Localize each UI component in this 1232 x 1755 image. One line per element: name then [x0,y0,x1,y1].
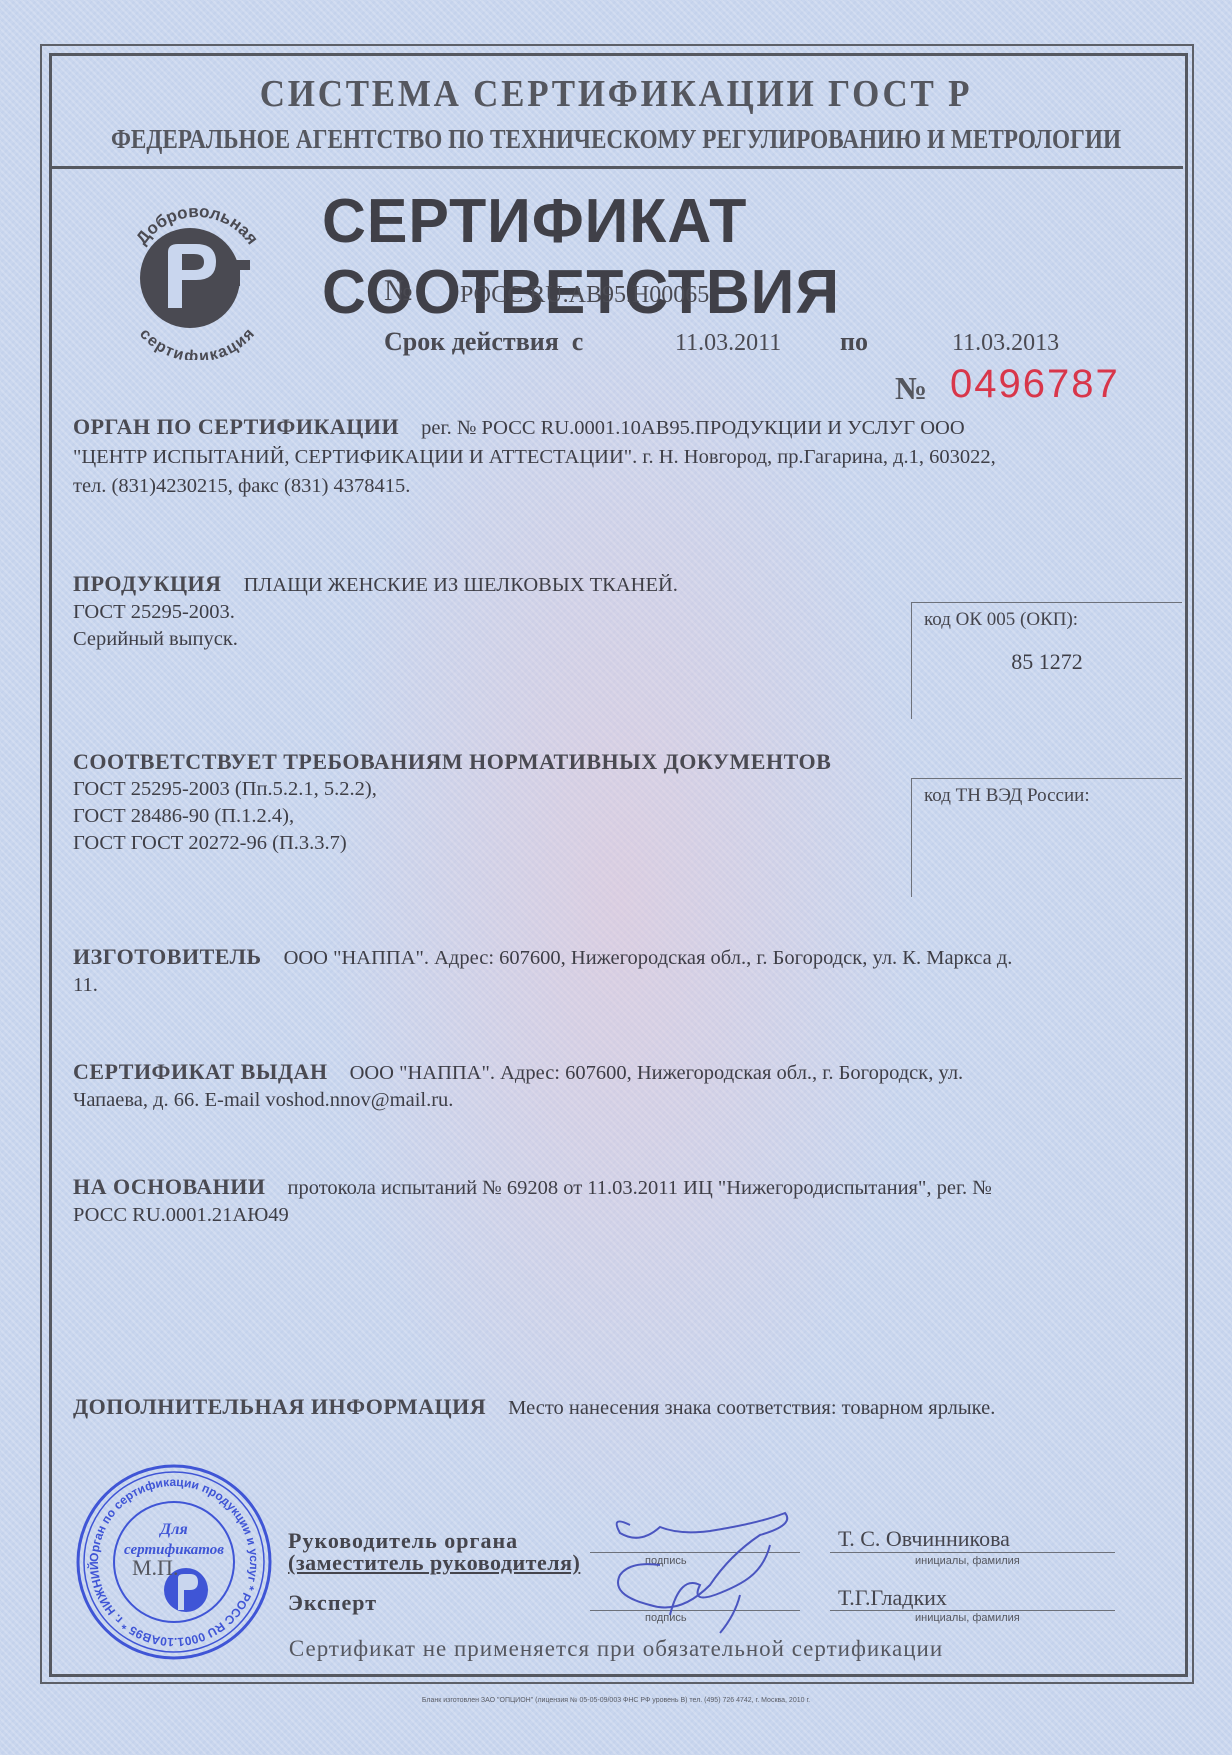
conformity-heading: СООТВЕТСТВУЕТ ТРЕБОВАНИЯМ НОРМАТИВНЫХ ДО… [73,749,831,774]
handwritten-signatures-icon [590,1505,820,1635]
head-name: Т. С. Овчинникова [838,1526,1010,1552]
product-line1: ПЛАЩИ ЖЕНСКИЕ ИЗ ШЕЛКОВЫХ ТКАНЕЙ. [244,574,678,596]
manufacturer-heading: ИЗГОТОВИТЕЛЬ [73,944,262,969]
deputy-label: (заместитель руководителя) [288,1550,580,1576]
head-name-caption: инициалы, фамилия [915,1555,1020,1567]
tnved-code-box: код ТН ВЭД России: [911,778,1182,897]
to-label: по [840,327,868,357]
serial-label: № [895,370,927,407]
valid-to-date: 11.03.2013 [952,330,1059,357]
organ-heading: ОРГАН ПО СЕРТИФИКАЦИИ [73,414,399,439]
section-additional: ДОПОЛНИТЕЛЬНАЯ ИНФОРМАЦИЯМесто нанесения… [73,1394,995,1421]
okp-code-box: код ОК 005 (ОКП): 85 1272 [911,602,1182,719]
basis-line1: протокола испытаний № 69208 от 11.03.201… [288,1177,992,1199]
stamp-place-label: М.П. [132,1555,178,1581]
svg-text:Для: Для [158,1521,187,1538]
certificate-number: РОСС RU.АВ95.Н00065 [460,282,709,309]
organ-line3: тел. (831)4230215, факс (831) 4378415. [73,474,996,499]
additional-text: Место нанесения знака соответствия: това… [508,1397,995,1419]
serial-number: 0496787 [950,362,1120,407]
valid-from-date: 11.03.2011 [675,330,781,357]
section-manufacturer: ИЗГОТОВИТЕЛЬООО "НАППА". Адрес: 607600, … [73,944,1012,998]
issued-to-heading: СЕРТИФИКАТ ВЫДАН [73,1059,328,1084]
head-name-line [830,1552,1115,1553]
normative-doc: ГОСТ 25295-2003 (Пп.5.2.1, 5.2.2), [73,777,831,802]
product-heading: ПРОДУКЦИЯ [73,571,222,596]
issued-to-line1: ООО "НАППА". Адрес: 607600, Нижегородска… [350,1062,964,1084]
agency-name: ФЕДЕРАЛЬНОЕ АГЕНТСТВО ПО ТЕХНИЧЕСКОМУ РЕ… [86,124,1146,155]
issued-to-line2: Чапаева, д. 66. E-mail voshod.nnov@mail.… [73,1088,963,1113]
basis-heading: НА ОСНОВАНИИ [73,1174,266,1199]
system-title: СИСТЕМА СЕРТИФИКАЦИИ ГОСТ Р [49,72,1182,116]
validity-label: Срок действия с [384,327,583,357]
manufacturer-line2: 11. [73,973,1012,998]
section-conformity: СООТВЕТСТВУЕТ ТРЕБОВАНИЯМ НОРМАТИВНЫХ ДО… [73,749,831,856]
printer-imprint: Бланк изготовлен ЗАО "ОПЦИОН" (лицензия … [0,1697,1232,1704]
section-basis: НА ОСНОВАНИИпротокола испытаний № 69208 … [73,1174,992,1228]
basis-line2: РОСС RU.0001.21АЮ49 [73,1203,992,1228]
expert-name-caption: инициалы, фамилия [915,1612,1020,1624]
expert-label: Эксперт [288,1590,377,1616]
section-product: ПРОДУКЦИЯПЛАЩИ ЖЕНСКИЕ ИЗ ШЕЛКОВЫХ ТКАНЕ… [73,571,678,652]
organ-line1: рег. № РОСС RU.0001.10АВ95.ПРОДУКЦИИ И У… [421,417,965,439]
rst-logo: Добровольная сертификация [112,190,282,360]
rst-mark-icon: Добровольная сертификация [112,190,282,360]
normative-doc: ГОСТ 28486-90 (П.1.2.4), [73,804,831,829]
header-divider [52,166,1183,169]
section-issued-to: СЕРТИФИКАТ ВЫДАНООО "НАППА". Адрес: 6076… [73,1059,963,1113]
product-line3: Серийный выпуск. [73,627,678,652]
expert-name-line [830,1610,1115,1611]
okp-code-value: 85 1272 [912,649,1182,675]
expert-name: Т.Г.Гладких [838,1585,947,1611]
number-label: № [384,274,413,308]
manufacturer-line1: ООО "НАППА". Адрес: 607600, Нижегородска… [284,947,1013,969]
svg-text:сертификация: сертификация [136,325,258,360]
certificate-title: СЕРТИФИКАТ СООТВЕТСТВИЯ [322,186,1214,328]
product-line2: ГОСТ 25295-2003. [73,600,678,625]
tnved-code-label: код ТН ВЭД России: [912,779,1182,807]
voluntary-note: Сертификат не применяется при обязательн… [0,1636,1232,1662]
okp-code-label: код ОК 005 (ОКП): [912,603,1182,631]
normative-doc: ГОСТ ГОСТ 20272-96 (П.3.3.7) [73,831,831,856]
additional-heading: ДОПОЛНИТЕЛЬНАЯ ИНФОРМАЦИЯ [73,1394,486,1419]
section-organ: ОРГАН ПО СЕРТИФИКАЦИИрег. № РОСС RU.0001… [73,414,996,499]
organ-line2: "ЦЕНТР ИСПЫТАНИЙ, СЕРТИФИКАЦИИ И АТТЕСТА… [73,445,996,470]
